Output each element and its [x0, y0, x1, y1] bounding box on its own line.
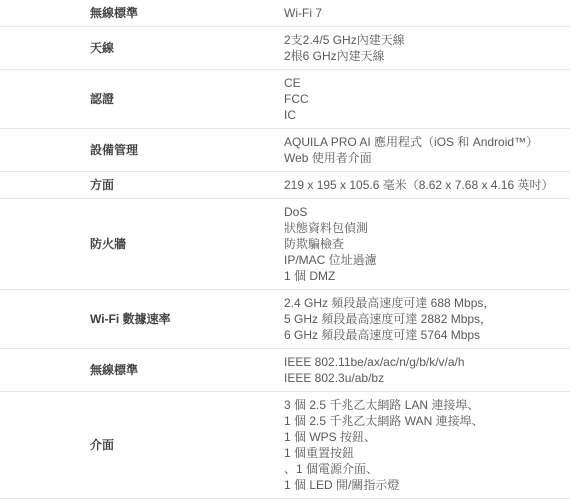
spec-label: 無線標準: [90, 5, 284, 21]
spec-label: 介面: [90, 437, 284, 453]
spec-row: 防火牆DoS狀態資料包偵測防欺騙檢查IP/MAC 位址過濾1 個 DMZ: [0, 199, 570, 290]
spec-value-line: 狀態資料包偵測: [284, 220, 554, 236]
spec-value-line: 防欺騙檢查: [284, 236, 554, 252]
spec-row: 無線標準IEEE 802.11be/ax/ac/n/g/b/k/v/a/hIEE…: [0, 349, 570, 392]
spec-value-line: 1 個 DMZ: [284, 268, 554, 284]
spec-value-line: 2.4 GHz 頻段最高速度可達 688 Mbps，: [284, 295, 554, 311]
spec-value-line: 1 個 WPS 按鈕、: [284, 429, 554, 445]
spec-value-line: 6 GHz 頻段最高速度可達 5764 Mbps: [284, 327, 554, 343]
spec-value-line: 2支2.4/5 GHz內建天線: [284, 32, 554, 48]
spec-label: Wi-Fi 數據速率: [90, 311, 284, 327]
spec-label: 認證: [90, 91, 284, 107]
spec-row: 無線標準Wi-Fi 7: [0, 0, 570, 27]
spec-values: 219 x 195 x 105.6 毫米（8.62 x 7.68 x 4.16 …: [284, 177, 570, 193]
spec-value-line: IEEE 802.11be/ax/ac/n/g/b/k/v/a/h: [284, 354, 554, 370]
spec-table: 無線標準Wi-Fi 7天線2支2.4/5 GHz內建天線2根6 GHz內建天線認…: [0, 0, 570, 499]
spec-values: Wi-Fi 7: [284, 5, 570, 21]
spec-row: 認證CEFCCIC: [0, 70, 570, 129]
spec-label: 無線標準: [90, 362, 284, 378]
spec-value-line: DoS: [284, 204, 554, 220]
spec-values: CEFCCIC: [284, 75, 570, 123]
spec-value-line: 1 個 2.5 千兆乙太網路 WAN 連接埠、: [284, 413, 554, 429]
spec-row: 方面219 x 195 x 105.6 毫米（8.62 x 7.68 x 4.1…: [0, 172, 570, 199]
spec-value-line: Wi-Fi 7: [284, 5, 554, 21]
spec-values: 3 個 2.5 千兆乙太網路 LAN 連接埠、1 個 2.5 千兆乙太網路 WA…: [284, 397, 570, 493]
spec-value-line: 5 GHz 頻段最高速度可達 2882 Mbps，: [284, 311, 554, 327]
spec-value-line: FCC: [284, 91, 554, 107]
spec-value-line: 、1 個電源介面、: [284, 461, 554, 477]
spec-row: 設備管理AQUILA PRO AI 應用程式（iOS 和 Android™）We…: [0, 129, 570, 172]
spec-values: AQUILA PRO AI 應用程式（iOS 和 Android™）Web 使用…: [284, 134, 570, 166]
spec-value-line: Web 使用者介面: [284, 150, 554, 166]
spec-row: Wi-Fi 數據速率2.4 GHz 頻段最高速度可達 688 Mbps，5 GH…: [0, 290, 570, 349]
spec-values: DoS狀態資料包偵測防欺騙檢查IP/MAC 位址過濾1 個 DMZ: [284, 204, 570, 284]
spec-value-line: IEEE 802.3u/ab/bz: [284, 370, 554, 386]
spec-row: 介面3 個 2.5 千兆乙太網路 LAN 連接埠、1 個 2.5 千兆乙太網路 …: [0, 392, 570, 499]
spec-value-line: IP/MAC 位址過濾: [284, 252, 554, 268]
spec-label: 天線: [90, 40, 284, 56]
spec-value-line: 2根6 GHz內建天線: [284, 48, 554, 64]
spec-row: 天線2支2.4/5 GHz內建天線2根6 GHz內建天線: [0, 27, 570, 70]
spec-value-line: 1 個重置按鈕: [284, 445, 554, 461]
spec-values: IEEE 802.11be/ax/ac/n/g/b/k/v/a/hIEEE 80…: [284, 354, 570, 386]
spec-value-line: AQUILA PRO AI 應用程式（iOS 和 Android™）: [284, 134, 554, 150]
spec-label: 方面: [90, 177, 284, 193]
spec-label: 防火牆: [90, 236, 284, 252]
spec-values: 2.4 GHz 頻段最高速度可達 688 Mbps，5 GHz 頻段最高速度可達…: [284, 295, 570, 343]
spec-value-line: 3 個 2.5 千兆乙太網路 LAN 連接埠、: [284, 397, 554, 413]
spec-value-line: 1 個 LED 開/關指示燈: [284, 477, 554, 493]
spec-label: 設備管理: [90, 142, 284, 158]
spec-value-line: CE: [284, 75, 554, 91]
spec-value-line: IC: [284, 107, 554, 123]
spec-value-line: 219 x 195 x 105.6 毫米（8.62 x 7.68 x 4.16 …: [284, 177, 554, 193]
spec-values: 2支2.4/5 GHz內建天線2根6 GHz內建天線: [284, 32, 570, 64]
